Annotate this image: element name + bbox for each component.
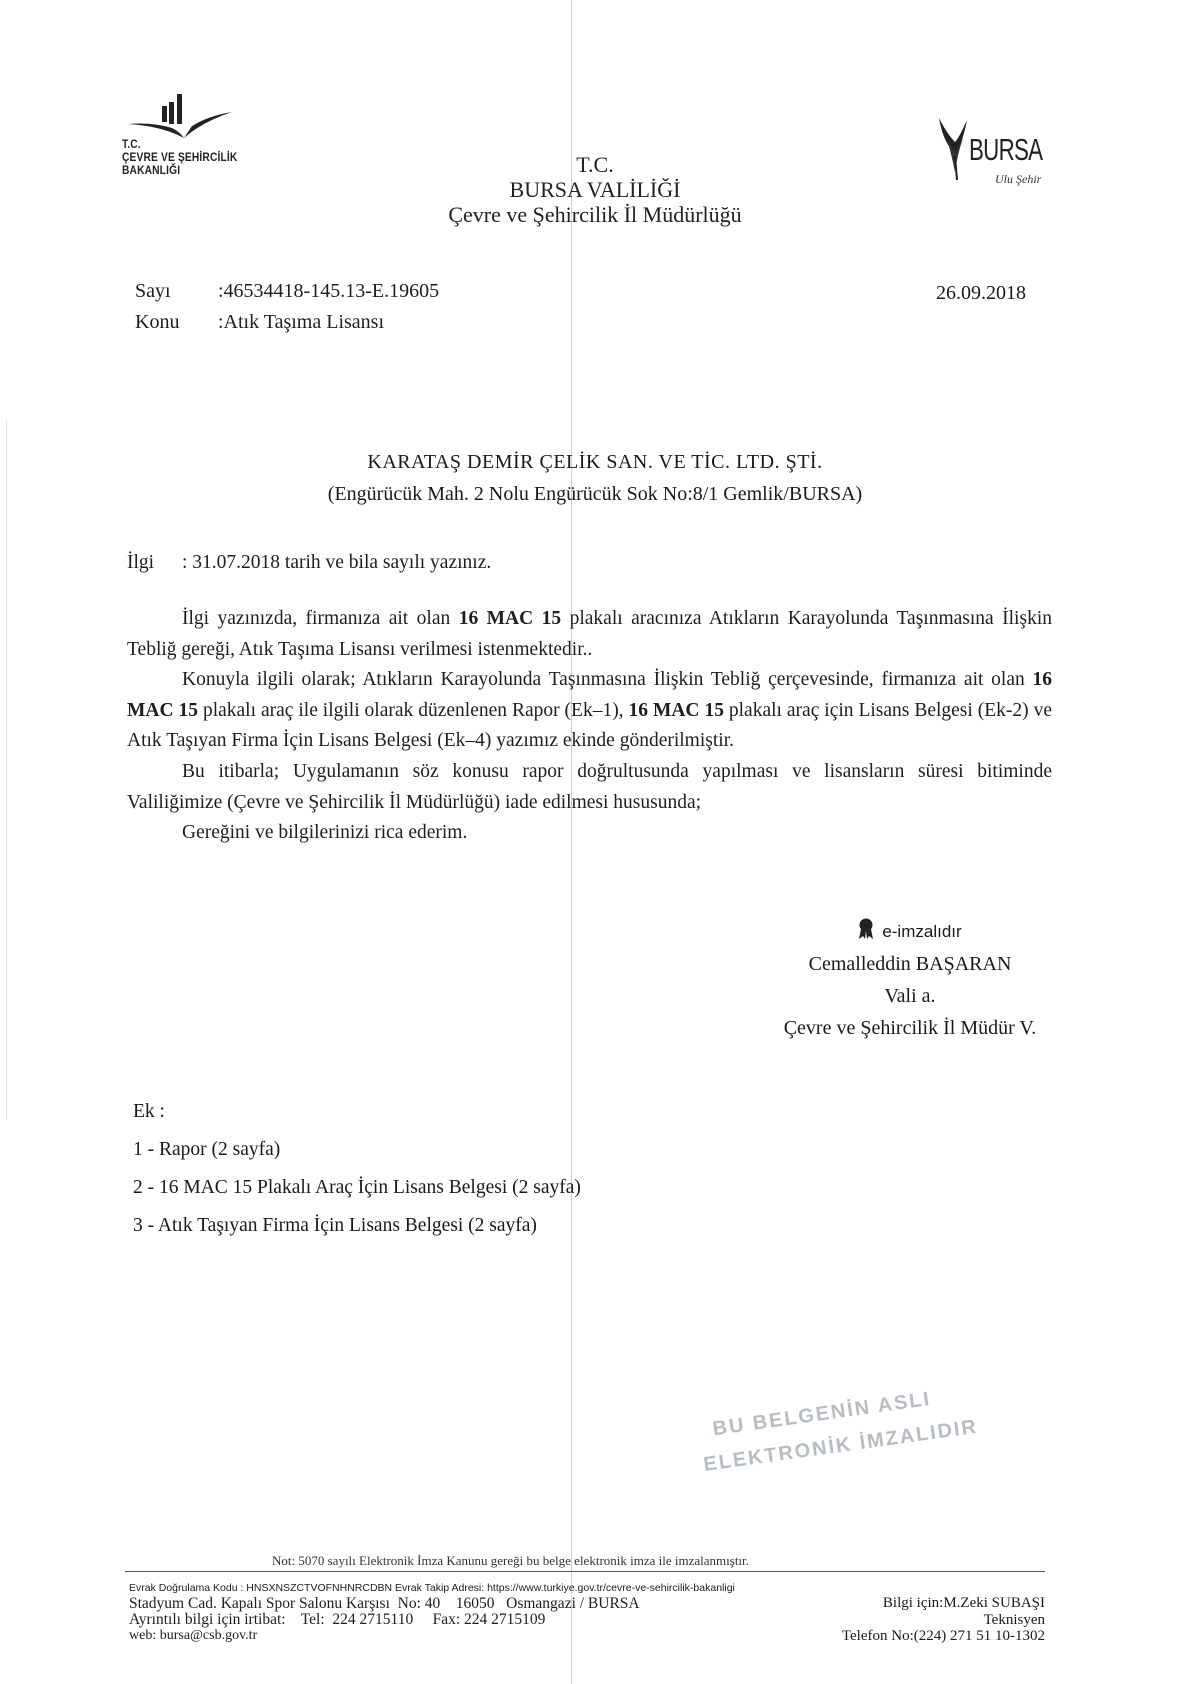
konu-value: :Atık Taşıma Lisansı bbox=[218, 311, 384, 333]
tulip-icon bbox=[933, 112, 973, 182]
konu-row: Konu:Atık Taşıma Lisansı bbox=[135, 307, 439, 338]
ilgi-value: : 31.07.2018 tarih ve bila sayılı yazını… bbox=[182, 552, 491, 573]
text-run: Konuyla ilgili olarak; Atıkların Karayol… bbox=[182, 669, 1033, 690]
sayi-value: :46534418-145.13-E.19605 bbox=[218, 280, 439, 302]
text-run: plakalı araç ile ilgili olarak düzenlene… bbox=[198, 700, 628, 721]
letter-body: İlgi yazınızda, firmanıza ait olan 16 MA… bbox=[127, 604, 1052, 849]
signer-title-1: Vali a. bbox=[740, 980, 1080, 1012]
scan-edge-line bbox=[6, 420, 7, 1120]
document-meta: Sayı:46534418-145.13-E.19605 Konu:Atık T… bbox=[135, 276, 439, 338]
body-paragraph-2: Konuyla ilgili olarak; Atıkların Karayol… bbox=[127, 665, 1052, 757]
attachment-item: 3 - Atık Taşıyan Firma İçin Lisans Belge… bbox=[133, 1207, 581, 1245]
sayi-label: Sayı bbox=[135, 276, 218, 307]
ilgi-label: İlgi bbox=[127, 547, 182, 578]
footer-info-phone: Telefon No:(224) 271 51 10-1302 bbox=[800, 1628, 1045, 1645]
bursa-logo: BURSA Ulu Şehir bbox=[933, 110, 1073, 200]
bursa-logo-word: BURSA bbox=[969, 132, 1042, 168]
signer-title-2: Çevre ve Şehircilik İl Müdür V. bbox=[740, 1012, 1080, 1044]
addressee-block: KARATAŞ DEMİR ÇELİK SAN. VE TİC. LTD. ŞT… bbox=[0, 446, 1190, 510]
document-date: 26.09.2018 bbox=[936, 282, 1026, 305]
plate-number: 16 MAC 15 bbox=[459, 608, 561, 629]
attachment-item: 1 - Rapor (2 sayfa) bbox=[133, 1131, 581, 1169]
footer-info-block: Bilgi için:M.Zeki SUBAŞI Teknisyen Telef… bbox=[800, 1595, 1045, 1645]
body-paragraph-1: İlgi yazınızda, firmanıza ait olan 16 MA… bbox=[127, 604, 1052, 665]
attachment-item: 2 - 16 MAC 15 Plakalı Araç İçin Lisans B… bbox=[133, 1169, 581, 1207]
e-signature-ribbon-icon bbox=[858, 918, 874, 940]
footer-web: web: bursa@csb.gov.tr bbox=[129, 1628, 735, 1644]
ilgi-row: İlgi: 31.07.2018 tarih ve bila sayılı ya… bbox=[127, 547, 491, 578]
addressee-name: KARATAŞ DEMİR ÇELİK SAN. VE TİC. LTD. ŞT… bbox=[0, 446, 1190, 478]
text-run: İlgi yazınızda, firmanıza ait olan bbox=[182, 608, 459, 629]
signer-name: Cemalleddin BAŞARAN bbox=[740, 948, 1080, 980]
konu-label: Konu bbox=[135, 307, 218, 338]
body-paragraph-4: Gereğini ve bilgilerinizi rica ederim. bbox=[127, 818, 1052, 849]
electronic-signature-stamp: BU BELGENİN ASLI ELEKTRONİK İMZALIDIR bbox=[697, 1376, 980, 1482]
sayi-row: Sayı:46534418-145.13-E.19605 bbox=[135, 276, 439, 307]
addressee-address: (Engürücük Mah. 2 Nolu Engürücük Sok No:… bbox=[0, 478, 1190, 510]
attachments-label: Ek : bbox=[133, 1093, 581, 1131]
footer-contact: Ayrıntılı bilgi için irtibat: Tel: 224 2… bbox=[129, 1612, 735, 1628]
footer-info-person: Bilgi için:M.Zeki SUBAŞI bbox=[800, 1595, 1045, 1612]
verification-code: Evrak Doğrulama Kodu : HNSXNSZCTVOFNHNRC… bbox=[129, 1580, 735, 1596]
footer-note: Not: 5070 sayılı Elektronik İmza Kanunu … bbox=[272, 1553, 749, 1569]
body-paragraph-3: Bu itibarla; Uygulamanın söz konusu rapo… bbox=[127, 757, 1052, 818]
ministry-building-swoosh-icon bbox=[122, 92, 232, 138]
footer-divider bbox=[125, 1571, 1045, 1572]
attachments-block: Ek : 1 - Rapor (2 sayfa) 2 - 16 MAC 15 P… bbox=[133, 1093, 581, 1245]
footer-contact-block: Evrak Doğrulama Kodu : HNSXNSZCTVOFNHNRC… bbox=[129, 1580, 735, 1644]
e-signature-label: e-imzalıdır bbox=[882, 922, 961, 941]
footer-address: Stadyum Cad. Kapalı Spor Salonu Karşısı … bbox=[129, 1596, 735, 1612]
header-directorate: Çevre ve Şehircilik İl Müdürlüğü bbox=[0, 202, 1190, 227]
plate-number: 16 MAC 15 bbox=[629, 700, 724, 721]
signature-block: e-imzalıdır Cemalleddin BAŞARAN Vali a. … bbox=[740, 915, 1080, 1044]
bursa-logo-tagline: Ulu Şehir bbox=[995, 172, 1041, 187]
e-signature-line: e-imzalıdır bbox=[740, 915, 1080, 948]
footer-info-role: Teknisyen bbox=[800, 1612, 1045, 1629]
